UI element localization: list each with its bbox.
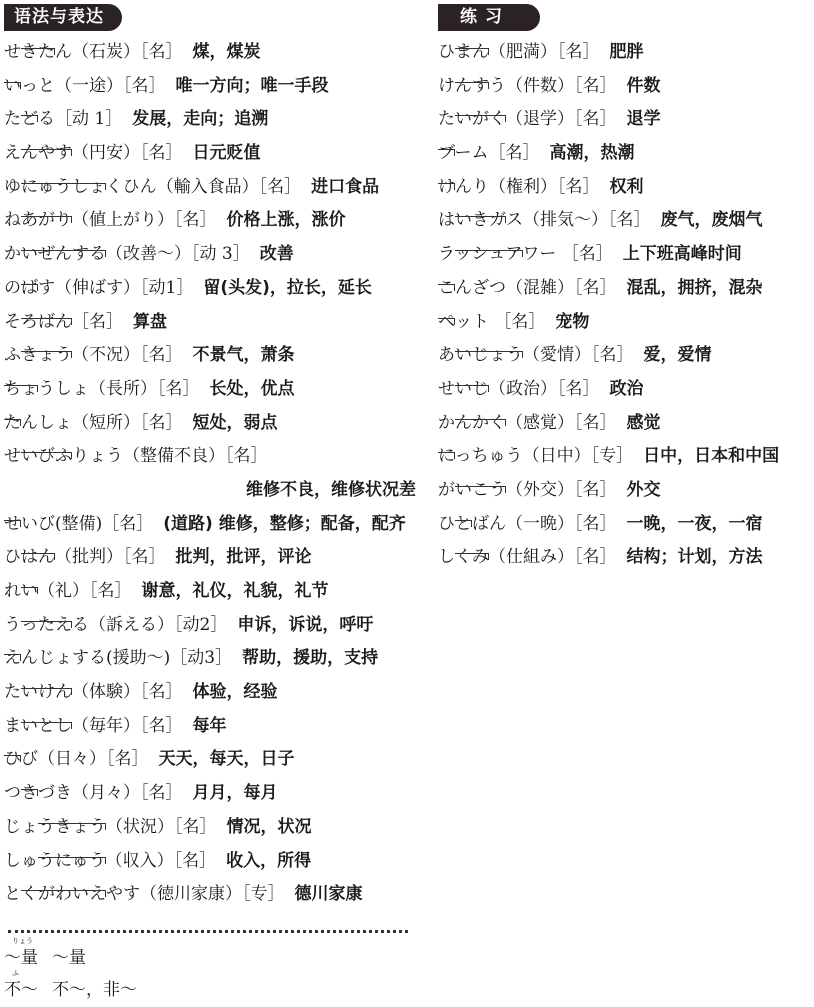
reading-with-accent: たどる <box>4 109 55 129</box>
vocab-entry: たいけん（体験）［名］体验，经验 <box>4 676 420 710</box>
meaning: 留(头发)，拉长，延长 <box>203 278 372 298</box>
vocab-entry: ひとばん（一晩）［名］一晚，一夜，一宿 <box>438 508 814 542</box>
pitch-accent-mark <box>455 48 489 49</box>
reading-with-accent: とくがわいえやす <box>4 884 140 904</box>
part-of-speech: ［名］ <box>106 749 149 769</box>
pitch-accent-mark <box>455 486 506 487</box>
reading-with-accent: せいびふりょう <box>4 446 123 466</box>
vocab-entry-continuation: 维修不良，维修状况差 <box>4 474 420 508</box>
part-of-speech: ［名］ <box>123 547 166 567</box>
reading: ふきょう <box>4 345 72 365</box>
reading: ブーム <box>438 143 489 163</box>
kanji-form: （肥満） <box>489 42 557 62</box>
part-of-speech: ［名］ <box>140 682 183 702</box>
reading: たどる <box>4 109 55 129</box>
reading: ゆにゅうしょくひん <box>4 177 157 197</box>
reading-with-accent: ひび <box>4 749 38 769</box>
reading-with-accent: えんじょする <box>4 648 106 668</box>
pitch-accent-mark <box>21 587 38 588</box>
vocab-entry: かんかく（感覚）［名］感觉 <box>438 407 814 441</box>
meaning: 爱，爱情 <box>644 345 712 365</box>
meaning: 天天，每天，日子 <box>159 749 295 769</box>
reading: つきづき <box>4 783 72 803</box>
section-title-grammar: 语法与表达 <box>4 4 122 31</box>
meaning: 帮助，援助，支持 <box>242 648 378 668</box>
reading-with-accent: うったえる <box>4 615 89 635</box>
meaning: 废气，废烟气 <box>661 210 763 230</box>
reading: れい <box>4 581 38 601</box>
pitch-accent-mark <box>4 385 38 386</box>
vocabulary-list-exercise: ひまん（肥満）［名］肥胖けんすう（件数）［名］件数たいがく（退学）［名］退学ブー… <box>438 36 814 575</box>
reading-with-accent: せいび <box>4 514 55 534</box>
pitch-accent-mark <box>438 452 455 453</box>
reading: えんやす <box>4 143 72 163</box>
meaning: 煤，煤炭 <box>193 42 261 62</box>
meaning: 收入，所得 <box>226 851 311 871</box>
pitch-accent-mark <box>4 520 21 521</box>
pitch-accent-mark <box>455 419 506 420</box>
kanji-form: （排気～） <box>523 210 608 230</box>
reading-with-accent: けんすう <box>438 76 506 96</box>
reading: まいとし <box>4 716 72 736</box>
meaning: 日元贬值 <box>193 143 261 163</box>
reading-with-accent: のばす <box>4 278 55 298</box>
part-of-speech: ［名］ <box>140 345 183 365</box>
reading: こんざつ <box>438 278 506 298</box>
vocab-entry: まいとし（毎年）［名］每年 <box>4 710 420 744</box>
section-title-exercise: 练习 <box>438 4 540 31</box>
kanji-form: （混雑） <box>506 278 574 298</box>
meaning: 维修不良，维修状况差 <box>246 480 416 500</box>
kanji-form: （値上がり） <box>72 210 174 230</box>
reading-with-accent: ゆにゅうしょくひん <box>4 177 157 197</box>
reading-with-accent: まいとし <box>4 716 72 736</box>
meaning: 每年 <box>193 716 227 736</box>
pitch-accent-mark <box>455 351 523 352</box>
part-of-speech: ［名］ <box>557 379 600 399</box>
reading: とくがわいえやす <box>4 884 140 904</box>
part-of-speech: ［名］ <box>574 413 617 433</box>
meaning: 价格上涨，涨价 <box>227 210 346 230</box>
reading: そろばん <box>4 312 72 332</box>
reading-with-accent: じょうきょう <box>4 817 106 837</box>
meaning: 上下班高峰时间 <box>623 244 742 264</box>
part-of-speech: ［名］ <box>225 446 268 466</box>
part-of-speech: ［名］ <box>72 312 123 332</box>
kanji-form: （状況） <box>106 817 174 837</box>
meaning: 不景气，萧条 <box>193 345 295 365</box>
kanji-form: （一途） <box>55 76 123 96</box>
reading-with-accent: たんしょ <box>4 413 72 433</box>
meaning: 发展，走向；追溯 <box>132 109 268 129</box>
reading-with-accent: にっちゅう <box>438 446 523 466</box>
part-of-speech: ［动 3］ <box>191 244 250 264</box>
pitch-accent-mark <box>21 688 72 689</box>
kanji-form: （礼） <box>38 581 89 601</box>
meaning: 短处，弱点 <box>193 413 278 433</box>
reading-with-accent: ひはん <box>4 547 55 567</box>
meaning: 一晚，一夜，一宿 <box>627 514 763 534</box>
suffix-entry: ふ不～不～，非～ <box>4 971 420 1003</box>
vocab-entry: にっちゅう（日中）［专］日中，日本和中国 <box>438 440 814 474</box>
vocab-entry: せいび(整備)［名］(道路) 维修，整修；配备，配齐 <box>4 508 420 542</box>
vocab-entry: がいこう（外交）［名］外交 <box>438 474 814 508</box>
meaning: 德川家康 <box>295 884 363 904</box>
vocab-entry: とくがわいえやす（徳川家康）［专］德川家康 <box>4 878 420 912</box>
kanji-form: （改善～） <box>106 244 191 264</box>
pitch-accent-mark <box>21 115 38 116</box>
vocabulary-column-exercise: 练习 ひまん（肥満）［名］肥胖けんすう（件数）［名］件数たいがく（退学）［名］退… <box>438 0 814 575</box>
vocab-entry: じょうきょう（状況）［名］情况，状况 <box>4 811 420 845</box>
reading-with-accent: ラッシュアワー <box>438 244 556 264</box>
pitch-accent-mark <box>21 553 55 554</box>
pitch-accent-mark <box>438 318 455 319</box>
reading: じょうきょう <box>4 817 106 837</box>
meaning: 谢意，礼仪，礼貌，礼节 <box>142 581 329 601</box>
vocab-entry: たいがく（退学）［名］退学 <box>438 103 814 137</box>
suffix-meaning: 不～，非～ <box>52 980 137 1000</box>
part-of-speech: ［名］ <box>557 42 600 62</box>
reading-with-accent: せいじ <box>438 379 489 399</box>
part-of-speech: ［名］ <box>102 514 153 534</box>
reading-with-accent: いっと <box>4 76 55 96</box>
vocab-entry: そろばん［名］算盘 <box>4 306 420 340</box>
vocab-entry: ペット ［名］宠物 <box>438 306 814 340</box>
reading: せいび <box>4 514 55 534</box>
reading-with-accent: しくみ <box>438 547 489 567</box>
reading: あいじょう <box>438 345 523 365</box>
vocab-entry: しゅうにゅう（収入）［名］收入，所得 <box>4 845 420 879</box>
reading-with-accent: かんかく <box>438 413 506 433</box>
part-of-speech: ［名］ <box>140 42 183 62</box>
reading-with-accent: がいこう <box>438 480 506 500</box>
reading-with-accent: そろばん <box>4 312 72 332</box>
pitch-accent-mark <box>21 318 72 319</box>
vocab-entry: ひまん（肥満）［名］肥胖 <box>438 36 814 70</box>
reading: ペット <box>438 312 489 332</box>
reading: たんしょ <box>4 413 72 433</box>
pitch-accent-mark <box>21 789 38 790</box>
reading-with-accent: たいけん <box>4 682 72 702</box>
part-of-speech: ［动2］ <box>174 615 227 635</box>
meaning: 肥胖 <box>610 42 644 62</box>
vocab-entry: えんやす（円安）［名］日元贬值 <box>4 137 420 171</box>
meaning: 件数 <box>627 76 661 96</box>
kanji-form: （整備不良） <box>123 446 225 466</box>
pitch-accent-mark <box>21 351 72 352</box>
part-of-speech: ［名］ <box>157 379 200 399</box>
vocab-entry: ちょうしょ（長所）［名］长处，优点 <box>4 373 420 407</box>
suffix-text: 不～ <box>4 980 38 1000</box>
meaning: 结构；计划，方法 <box>627 547 763 567</box>
reading: ひはん <box>4 547 55 567</box>
part-of-speech: ［名］ <box>556 244 612 264</box>
vocabulary-column-grammar: 语法与表达 せきたん（石炭）［名］煤，煤炭いっと（一途）［名］唯一方向；唯一手段… <box>4 0 420 1003</box>
meaning: 批判，批评，评论 <box>176 547 312 567</box>
kanji-form: （仕組み） <box>489 547 574 567</box>
vocab-entry: ひはん（批判）［名］批判，批评，评论 <box>4 541 420 575</box>
vocab-entry: つきづき（月々）［名］月月，每月 <box>4 777 420 811</box>
part-of-speech: ［名］ <box>574 514 617 534</box>
kanji-form: (整備) <box>55 514 102 534</box>
meaning: 体验，经验 <box>193 682 278 702</box>
suffix-word: ふ不～ <box>4 971 38 1007</box>
suffix-meaning: ～量 <box>52 948 86 968</box>
reading: ラッシュアワー <box>438 244 556 264</box>
pitch-accent-mark <box>4 419 21 420</box>
reading-with-accent: ふきょう <box>4 345 72 365</box>
reading-with-accent: こんざつ <box>438 278 506 298</box>
meaning: 情况，状况 <box>227 817 312 837</box>
reading: けんり <box>438 177 489 197</box>
pitch-accent-mark <box>455 385 489 386</box>
pitch-accent-mark <box>21 250 106 251</box>
part-of-speech: ［名］ <box>574 547 617 567</box>
reading: のばす <box>4 278 55 298</box>
part-of-speech: ［专］ <box>591 446 634 466</box>
reading: たいけん <box>4 682 72 702</box>
kanji-form: （退学） <box>506 109 574 129</box>
pitch-accent-mark <box>21 621 72 622</box>
pitch-accent-mark <box>38 857 106 858</box>
pitch-accent-mark <box>21 452 72 453</box>
kanji-form: （感覚） <box>506 413 574 433</box>
reading-with-accent: けんり <box>438 177 489 197</box>
reading: しゅうにゅう <box>4 851 106 871</box>
reading: ひとばん <box>438 514 506 534</box>
reading: せいじ <box>438 379 489 399</box>
reading-with-accent: えんやす <box>4 143 72 163</box>
part-of-speech: ［名］ <box>574 278 617 298</box>
meaning: 宠物 <box>555 312 589 332</box>
vocab-entry: えんじょする(援助～)［动3］帮助，援助，支持 <box>4 642 420 676</box>
reading-with-accent: つきづき <box>4 783 72 803</box>
furigana: りょう <box>12 937 33 945</box>
reading-with-accent: かいぜんする <box>4 244 106 264</box>
pitch-accent-mark <box>438 284 455 285</box>
part-of-speech: ［名］ <box>123 76 166 96</box>
vocab-entry: ふきょう（不况）［名］不景气，萧条 <box>4 339 420 373</box>
vocab-entry: けんすう（件数）［名］件数 <box>438 70 814 104</box>
vocab-entry: ひび（日々）［名］天天，每天，日子 <box>4 743 420 777</box>
meaning: 日中，日本和中国 <box>643 446 779 466</box>
kanji-form: （毎年） <box>72 716 140 736</box>
pitch-accent-mark <box>438 149 455 150</box>
reading-with-accent: はいきガス <box>438 210 523 230</box>
pitch-accent-mark <box>455 250 523 251</box>
kanji-form: （収入） <box>106 851 174 871</box>
reading: かんかく <box>438 413 506 433</box>
reading-with-accent: たいがく <box>438 109 506 129</box>
pitch-accent-mark <box>21 149 72 150</box>
reading-with-accent: ひとばん <box>438 514 506 534</box>
reading: せいびふりょう <box>4 446 123 466</box>
vocab-entry: はいきガス（排気～）［名］废气，废烟气 <box>438 204 814 238</box>
meaning: 算盘 <box>133 312 167 332</box>
pitch-accent-mark <box>455 520 472 521</box>
kanji-form: （日中） <box>523 446 591 466</box>
kanji-form: （政治） <box>489 379 557 399</box>
vocab-entry: こんざつ（混雑）［名］混乱，拥挤，混杂 <box>438 272 814 306</box>
pitch-accent-mark <box>4 654 21 655</box>
kanji-form: （愛情） <box>523 345 591 365</box>
meaning: 进口食品 <box>311 177 379 197</box>
meaning: (道路) 维修，整修；配备，配齐 <box>163 514 405 534</box>
pitch-accent-mark <box>21 722 72 723</box>
part-of-speech: ［名］ <box>608 210 651 230</box>
pitch-accent-mark <box>455 553 489 554</box>
kanji-form: （日々） <box>38 749 106 769</box>
meaning: 政治 <box>610 379 644 399</box>
part-of-speech: ［名］ <box>489 312 545 332</box>
part-of-speech: ［名］ <box>574 76 617 96</box>
vocab-entry: せきたん（石炭）［名］煤，煤炭 <box>4 36 420 70</box>
kanji-form: （伸ばす） <box>55 278 140 298</box>
vocab-entry: ゆにゅうしょくひん（輸入食品）［名］进口食品 <box>4 171 420 205</box>
reading: せきたん <box>4 42 72 62</box>
kanji-form: （不况） <box>72 345 140 365</box>
part-of-speech: ［名］ <box>259 177 302 197</box>
meaning: 退学 <box>627 109 661 129</box>
suffix-text: ～量 <box>4 948 38 968</box>
kanji-form: （一晩） <box>506 514 574 534</box>
reading-with-accent: ひまん <box>438 42 489 62</box>
furigana: ふ <box>12 969 19 977</box>
pitch-accent-mark <box>438 183 455 184</box>
pitch-accent-mark <box>4 755 21 756</box>
vocab-entry: ラッシュアワー ［名］上下班高峰时间 <box>438 238 814 272</box>
reading: ひび <box>4 749 38 769</box>
reading-with-accent: ペット <box>438 312 489 332</box>
part-of-speech: ［名］ <box>140 716 183 736</box>
vocab-entry: せいじ（政治）［名］政治 <box>438 373 814 407</box>
reading: うったえる <box>4 615 89 635</box>
reading: ひまん <box>438 42 489 62</box>
vocab-entry: ブーム［名］高潮，热潮 <box>438 137 814 171</box>
vocab-entry: ねあがり（値上がり）［名］价格上涨，涨价 <box>4 204 420 238</box>
reading-with-accent: しゅうにゅう <box>4 851 106 871</box>
reading-with-accent: ちょうしょ <box>4 379 89 399</box>
meaning: 月月，每月 <box>193 783 278 803</box>
vocab-entry: けんり（権利）［名］权利 <box>438 171 814 205</box>
part-of-speech: ［名］ <box>574 109 617 129</box>
pitch-accent-mark <box>21 183 106 184</box>
kanji-form: （件数） <box>506 76 574 96</box>
kanji-form: （円安） <box>72 143 140 163</box>
meaning: 权利 <box>610 177 644 197</box>
pitch-accent-mark <box>455 82 489 83</box>
kanji-form: (援助～) <box>106 648 170 668</box>
vocab-entry: うったえる（訴える）［动2］申诉，诉说，呼吁 <box>4 609 420 643</box>
vocab-entry: たんしょ（短所）［名］短处，弱点 <box>4 407 420 441</box>
reading-with-accent: せきたん <box>4 42 72 62</box>
part-of-speech: ［名］ <box>140 413 183 433</box>
meaning: 长处，优点 <box>210 379 295 399</box>
reading: かいぜんする <box>4 244 106 264</box>
kanji-form: （長所） <box>89 379 157 399</box>
kanji-form: （石炭） <box>72 42 140 62</box>
pitch-accent-mark <box>21 48 55 49</box>
vocab-entry: いっと（一途）［名］唯一方向；唯一手段 <box>4 70 420 104</box>
part-of-speech: ［动1］ <box>140 278 193 298</box>
part-of-speech: ［名］ <box>489 143 540 163</box>
meaning: 申诉，诉说，呼吁 <box>237 615 373 635</box>
kanji-form: （外交） <box>506 480 574 500</box>
reading-with-accent: ブーム <box>438 143 489 163</box>
pitch-accent-mark <box>455 115 506 116</box>
meaning: 高潮，热潮 <box>550 143 635 163</box>
kanji-form: （短所） <box>72 413 140 433</box>
reading: たいがく <box>438 109 506 129</box>
pitch-accent-mark <box>21 216 72 217</box>
part-of-speech: ［专］ <box>242 884 285 904</box>
meaning: 混乱，拥挤，混杂 <box>627 278 763 298</box>
part-of-speech: ［动3］ <box>170 648 232 668</box>
kanji-form: （体験） <box>72 682 140 702</box>
vocab-entry: れい（礼）［名］谢意，礼仪，礼貌，礼节 <box>4 575 420 609</box>
part-of-speech: ［动 1］ <box>55 109 122 129</box>
part-of-speech: ［名］ <box>140 143 183 163</box>
part-of-speech: ［名］ <box>557 177 600 197</box>
pitch-accent-mark <box>38 823 106 824</box>
kanji-form: （輸入食品） <box>157 177 259 197</box>
reading: にっちゅう <box>438 446 523 466</box>
reading-with-accent: ねあがり <box>4 210 72 230</box>
part-of-speech: ［名］ <box>574 480 617 500</box>
pitch-accent-mark <box>455 216 506 217</box>
part-of-speech: ［名］ <box>591 345 634 365</box>
meaning: 唯一方向；唯一手段 <box>176 76 329 96</box>
reading: いっと <box>4 76 55 96</box>
reading: ちょうしょ <box>4 379 89 399</box>
vocab-entry: せいびふりょう（整備不良）［名］ <box>4 440 420 474</box>
vocab-entry: たどる［动 1］发展，走向；追溯 <box>4 103 420 137</box>
pitch-accent-mark <box>4 82 21 83</box>
reading: けんすう <box>438 76 506 96</box>
reading: ねあがり <box>4 210 72 230</box>
vocabulary-list-grammar: せきたん（石炭）［名］煤，煤炭いっと（一途）［名］唯一方向；唯一手段たどる［动 … <box>4 36 420 912</box>
suffix-list: りょう～量～量ふ不～不～，非～ <box>4 939 420 1003</box>
meaning: 改善 <box>260 244 294 264</box>
part-of-speech: ［名］ <box>140 783 183 803</box>
part-of-speech: ［名］ <box>89 581 132 601</box>
kanji-form: （月々） <box>72 783 140 803</box>
vocab-entry: あいじょう（愛情）［名］爱，爱情 <box>438 339 814 373</box>
meaning: 感觉 <box>627 413 661 433</box>
kanji-form: （訴える） <box>89 615 174 635</box>
kanji-form: （権利） <box>489 177 557 197</box>
reading: はいきガス <box>438 210 523 230</box>
reading-with-accent: れい <box>4 581 38 601</box>
suffix-entry: りょう～量～量 <box>4 939 420 971</box>
reading-with-accent: あいじょう <box>438 345 523 365</box>
reading: がいこう <box>438 480 506 500</box>
part-of-speech: ［名］ <box>174 210 217 230</box>
part-of-speech: ［名］ <box>174 851 217 871</box>
reading: しくみ <box>438 547 489 567</box>
kanji-form: （徳川家康） <box>140 884 242 904</box>
vocab-entry: かいぜんする（改善～）［动 3］改善 <box>4 238 420 272</box>
kanji-form: （批判） <box>55 547 123 567</box>
part-of-speech: ［名］ <box>174 817 217 837</box>
pitch-accent-mark <box>21 284 38 285</box>
dotted-divider <box>8 922 408 933</box>
meaning: 外交 <box>627 480 661 500</box>
vocab-entry: のばす（伸ばす）［动1］留(头发)，拉长，延长 <box>4 272 420 306</box>
pitch-accent-mark <box>21 890 106 891</box>
vocab-entry: しくみ（仕組み）［名］结构；计划，方法 <box>438 541 814 575</box>
